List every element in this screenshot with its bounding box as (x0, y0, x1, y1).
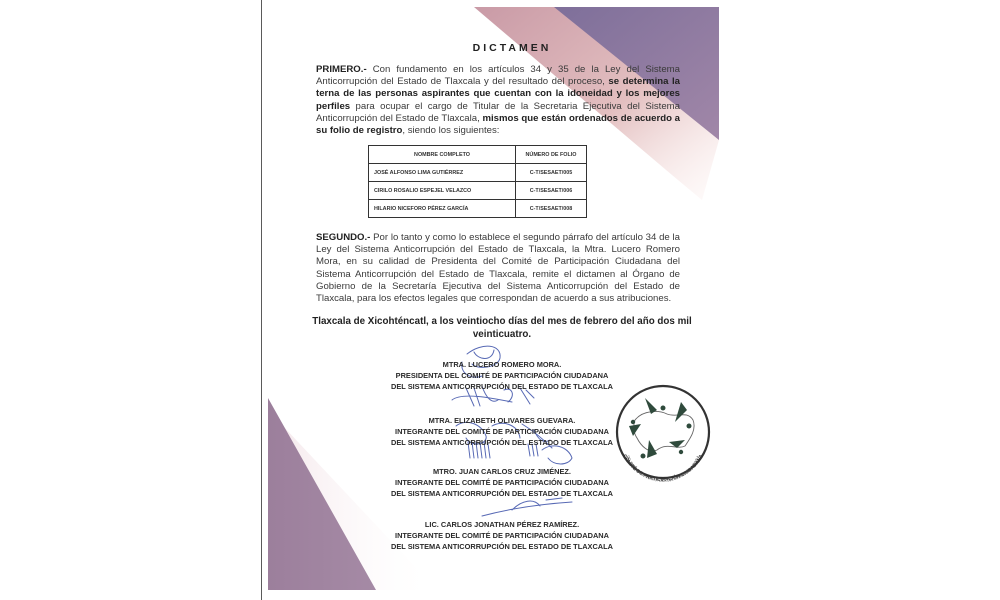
column-header-folio: NÚMERO DE FOLIO (516, 146, 587, 164)
candidate-folio: C-T/SESAET/006 (516, 182, 587, 200)
document-title: DICTAMEN (262, 42, 742, 54)
signatory-name: LIC. CARLOS JONATHAN PÉREZ RAMÍREZ. (342, 520, 662, 531)
candidate-name: HILARIO NICEFORO PÉREZ GARCÍA (369, 200, 516, 218)
signatory-block: LIC. CARLOS JONATHAN PÉREZ RAMÍREZ. INTE… (342, 520, 662, 552)
signatory-name: MTRA. LUCERO ROMERO MORA. (342, 360, 662, 371)
document-page: DICTAMEN PRIMERO.- Con fundamento en los… (261, 0, 741, 600)
segundo-paragraph: SEGUNDO.- Por lo tanto y como lo estable… (316, 232, 680, 305)
segundo-label: SEGUNDO.- (316, 232, 370, 243)
table-row: JOSÉ ALFONSO LIMA GUTIÉRREZ C-T/SESAET/0… (369, 164, 587, 182)
candidate-folio: C-T/SESAET/008 (516, 200, 587, 218)
candidates-table: NOMBRE COMPLETO NÚMERO DE FOLIO JOSÉ ALF… (368, 145, 587, 218)
table-row: HILARIO NICEFORO PÉREZ GARCÍA C-T/SESAET… (369, 200, 587, 218)
primero-label: PRIMERO.- (316, 64, 367, 75)
signatory-role: INTEGRANTE DEL COMITÉ DE PARTICIPACIÓN C… (342, 531, 662, 542)
candidate-name: JOSÉ ALFONSO LIMA GUTIÉRREZ (369, 164, 516, 182)
candidate-folio: C-T/SESAET/005 (516, 164, 587, 182)
candidate-name: CIRILO ROSALIO ESPEJEL VELAZCO (369, 182, 516, 200)
primero-paragraph: PRIMERO.- Con fundamento en los artículo… (316, 64, 680, 137)
table-row: CIRILO ROSALIO ESPEJEL VELAZCO C-T/SESAE… (369, 182, 587, 200)
committee-seal-icon: COMITÉ DE PARTICIPACIÓN CIUDADANA DEL SI… (607, 380, 719, 492)
table-header-row: NOMBRE COMPLETO NÚMERO DE FOLIO (369, 146, 587, 164)
date-location-line: Tlaxcala de Xicohténcatl, a los veintioc… (302, 315, 702, 341)
signatory-org: DEL SISTEMA ANTICORRUPCIÓN DEL ESTADO DE… (342, 542, 662, 553)
column-header-name: NOMBRE COMPLETO (369, 146, 516, 164)
